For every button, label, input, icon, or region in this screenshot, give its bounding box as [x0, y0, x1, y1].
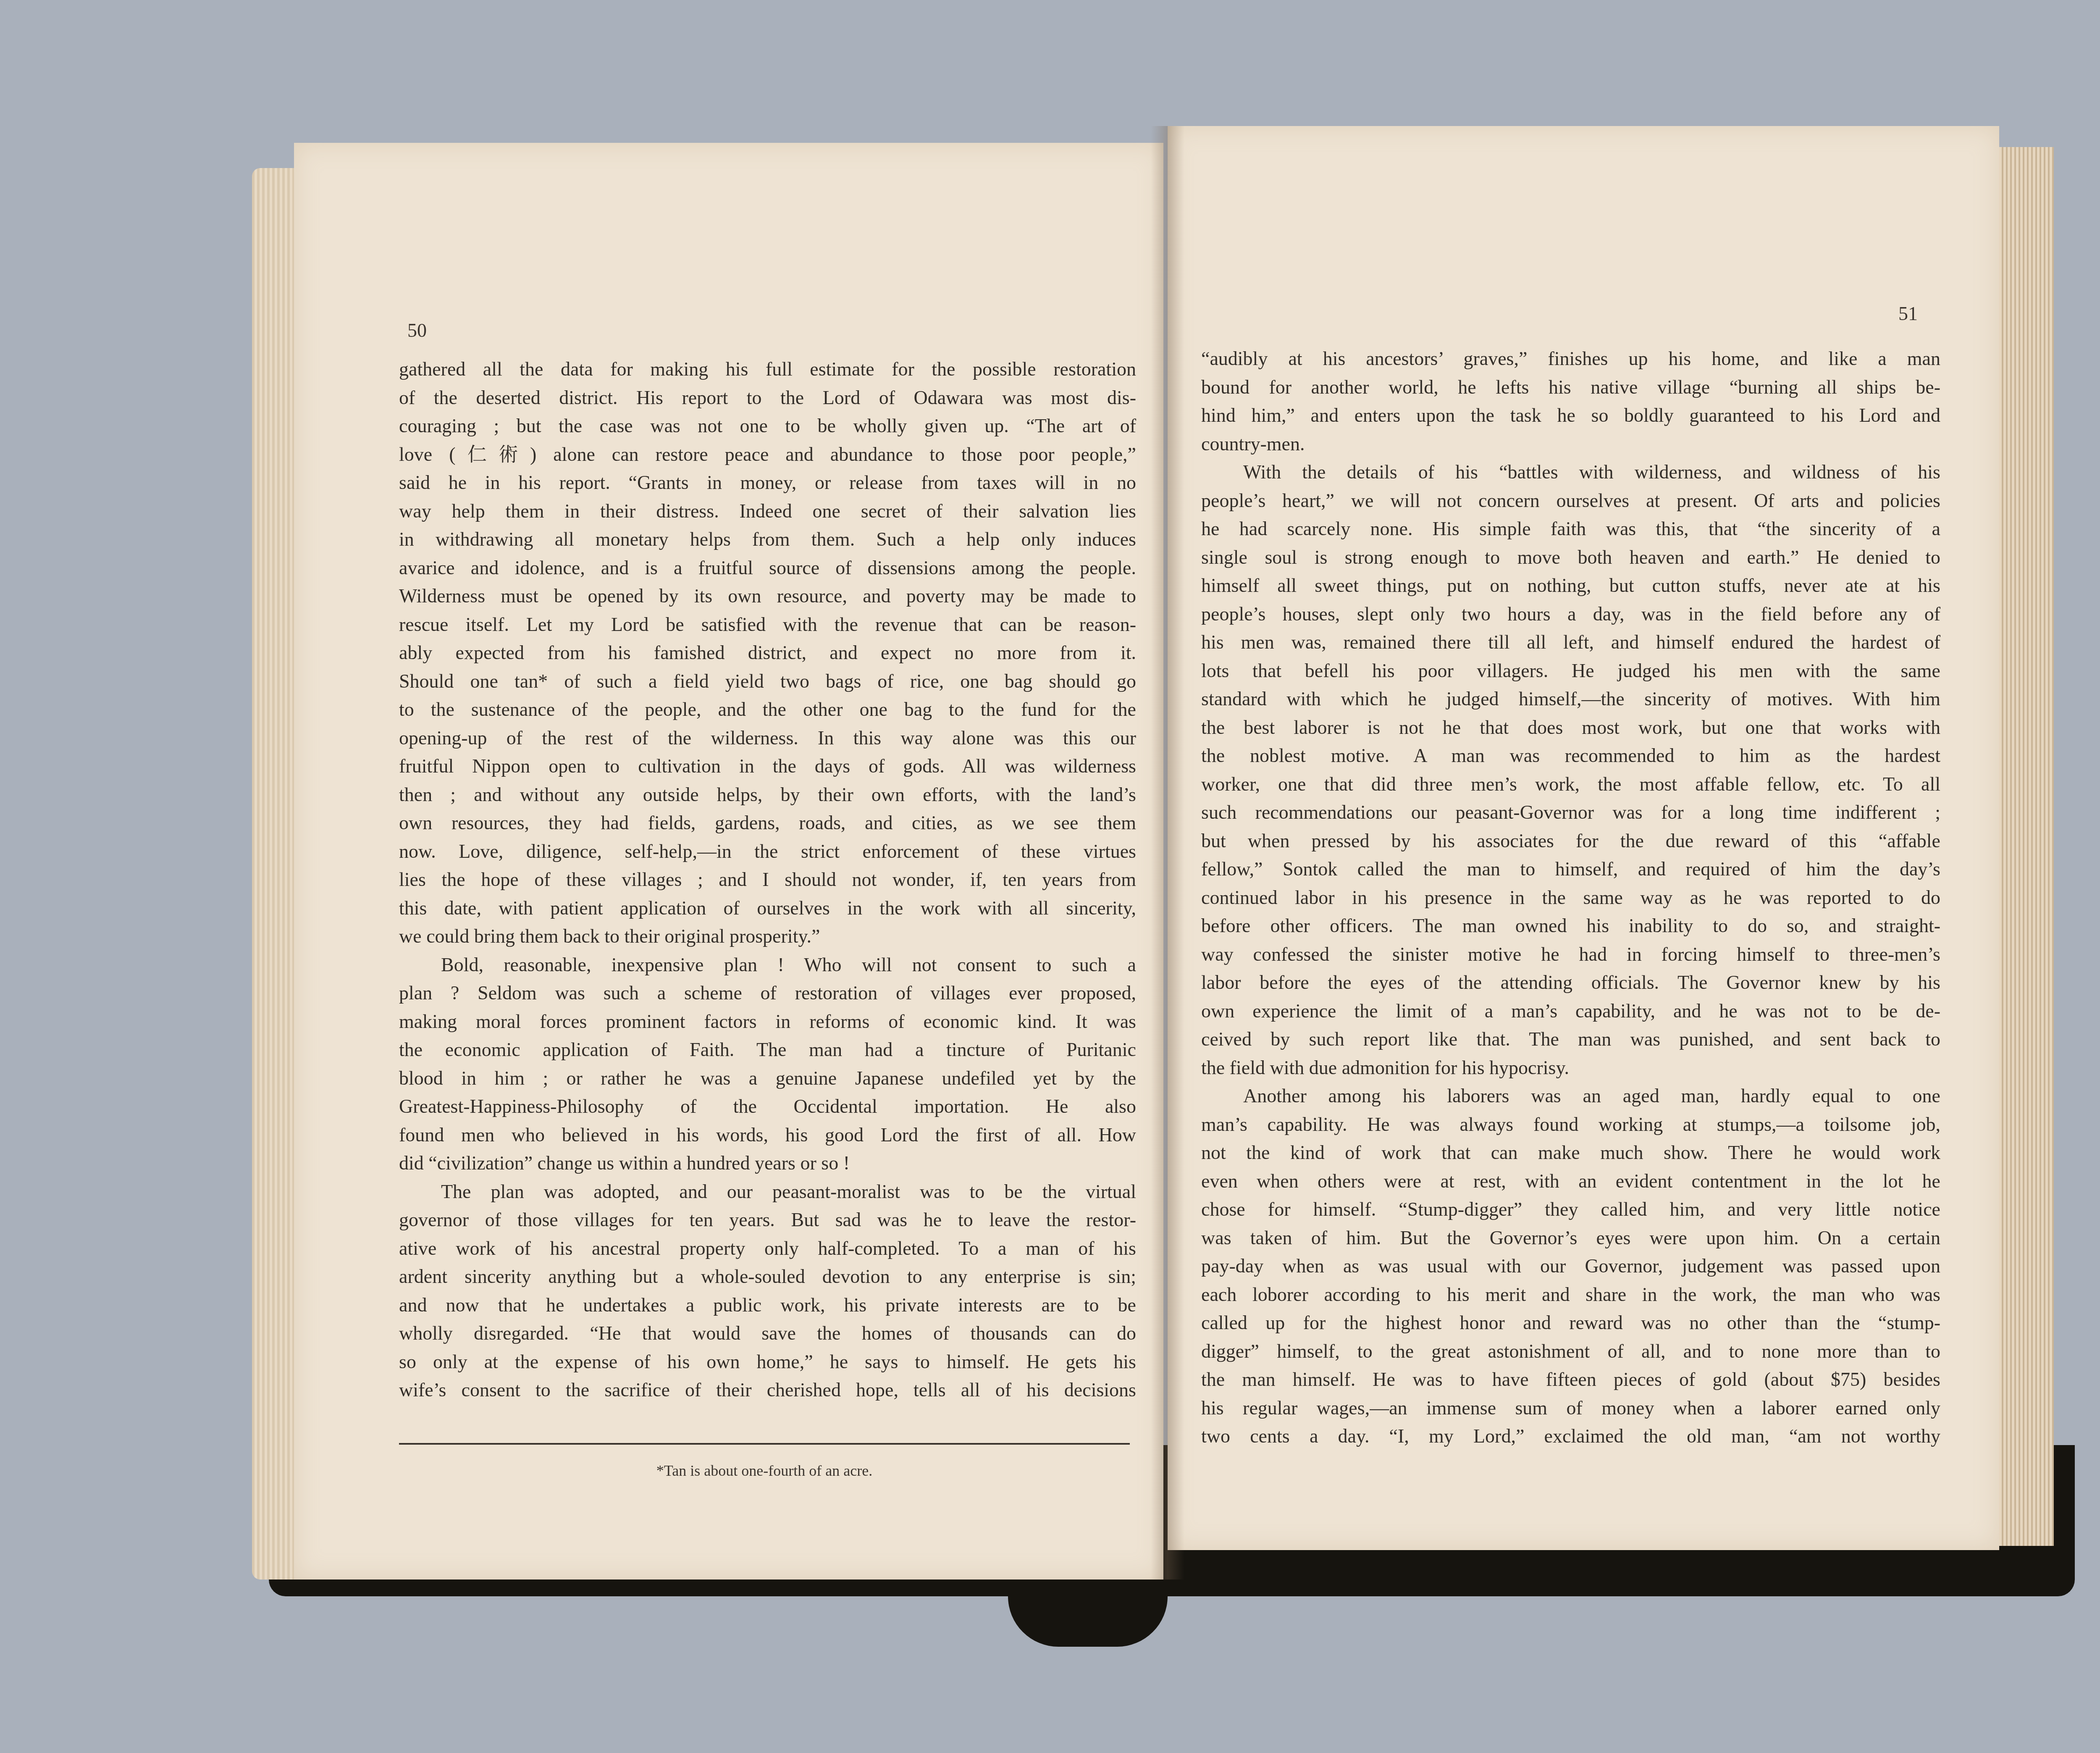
- text-line: own experience the limit of a man’s capa…: [1201, 997, 1940, 1025]
- text-line: in withdrawing all monetary helps from t…: [399, 525, 1136, 554]
- text-line: digger” himself, to the great astonishme…: [1201, 1337, 1940, 1366]
- text-line: couraging ; but the case was not one to …: [399, 412, 1136, 440]
- text-line: Another among his laborers was an aged m…: [1201, 1082, 1940, 1110]
- text-line: called up for the highest honor and rewa…: [1201, 1309, 1940, 1337]
- text-line: wholly disregarded. “He that would save …: [399, 1319, 1136, 1348]
- text-line: making moral forces prominent factors in…: [399, 1007, 1136, 1036]
- left-page-edges: [252, 168, 298, 1580]
- text-line: governor of those villages for ten years…: [399, 1206, 1136, 1234]
- text-line: such recommendations our peasant-Governo…: [1201, 798, 1940, 827]
- text-line: this date, with patient application of o…: [399, 894, 1136, 922]
- text-line: labor before the eyes of the attending o…: [1201, 968, 1940, 997]
- text-line: of the deserted district. His report to …: [399, 384, 1136, 412]
- text-line: Bold, reasonable, inexpensive plan ! Who…: [399, 951, 1136, 979]
- text-line: so only at the expense of his own home,”…: [399, 1348, 1136, 1376]
- text-line: wife’s consent to the sacrifice of their…: [399, 1376, 1136, 1404]
- text-line: hind him,” and enters upon the task he s…: [1201, 401, 1940, 430]
- text-line: man’s capability. He was always found wo…: [1201, 1110, 1940, 1139]
- text-line: The plan was adopted, and our peasant-mo…: [399, 1177, 1136, 1206]
- text-line: Wilderness must be opened by its own res…: [399, 582, 1136, 610]
- text-line: blood in him ; or rather he was a genuin…: [399, 1064, 1136, 1093]
- text-line: the field with due admonition for his hy…: [1201, 1054, 1940, 1082]
- left-page: 50 gathered all the data for making his …: [294, 143, 1163, 1580]
- text-line: the man himself. He was to have fifteen …: [1201, 1365, 1940, 1394]
- text-line: his men was, remained there till all lef…: [1201, 628, 1940, 657]
- text-line: “audibly at his ancestors’ graves,” fini…: [1201, 344, 1940, 373]
- page-number-left: 50: [407, 319, 427, 342]
- footnote: *Tan is about one-fourth of an acre.: [399, 1462, 1130, 1480]
- text-line: two cents a day. “I, my Lord,” exclaimed…: [1201, 1422, 1940, 1451]
- text-line: country-men.: [1201, 430, 1940, 458]
- page-number-right: 51: [1898, 302, 1918, 325]
- text-line: opening-up of the rest of the wilderness…: [399, 724, 1136, 752]
- text-line: found men who believed in his words, his…: [399, 1121, 1136, 1149]
- left-page-body: gathered all the data for making his ful…: [399, 355, 1136, 1404]
- text-line: bound for another world, he lefts his na…: [1201, 373, 1940, 402]
- text-line: the economic application of Faith. The m…: [399, 1036, 1136, 1064]
- text-line: to the sustenance of the people, and the…: [399, 695, 1136, 724]
- right-page-edges: [1999, 147, 2054, 1546]
- text-line: ardent sincerity anything but a whole-so…: [399, 1262, 1136, 1291]
- text-line: we could bring them back to their origin…: [399, 922, 1136, 951]
- text-line: gathered all the data for making his ful…: [399, 355, 1136, 384]
- text-line: even when others were at rest, with an e…: [1201, 1167, 1940, 1196]
- text-line: With the details of his “battles with wi…: [1201, 458, 1940, 486]
- text-line: then ; and without any outside helps, by…: [399, 781, 1136, 809]
- text-line: worker, one that did three men’s work, t…: [1201, 770, 1940, 799]
- right-page-body: “audibly at his ancestors’ graves,” fini…: [1201, 344, 1940, 1451]
- text-line: chose for himself. “Stump-digger” they c…: [1201, 1195, 1940, 1224]
- text-line: standard with which he judged himself,—t…: [1201, 685, 1940, 713]
- text-line: was taken of him. But the Governor’s eye…: [1201, 1224, 1940, 1252]
- text-line: avarice and idolence, and is a fruitful …: [399, 554, 1136, 582]
- text-line: each loborer according to his merit and …: [1201, 1280, 1940, 1309]
- text-line: before other officers. The man owned his…: [1201, 912, 1940, 940]
- footnote-rule: [399, 1443, 1130, 1445]
- text-line: plan ? Seldom was such a scheme of resto…: [399, 979, 1136, 1007]
- text-line: rescue itself. Let my Lord be satisfied …: [399, 610, 1136, 639]
- text-line: people’s heart,” we will not concern our…: [1201, 486, 1940, 515]
- text-line: Greatest-Happiness-Philosophy of the Occ…: [399, 1092, 1136, 1121]
- text-line: ative work of his ancestral property onl…: [399, 1234, 1136, 1263]
- text-line: the noblest motive. A man was recommende…: [1201, 741, 1940, 770]
- text-line: he had scarcely none. His simple faith w…: [1201, 515, 1940, 543]
- book-gutter: [1151, 126, 1184, 1580]
- text-line: own resources, they had fields, gardens,…: [399, 809, 1136, 837]
- right-page: 51 “audibly at his ancestors’ graves,” f…: [1168, 126, 1999, 1550]
- text-line: fruitful Nippon open to cultivation in t…: [399, 752, 1136, 781]
- text-line: fellow,” Sontok called the man to himsel…: [1201, 855, 1940, 883]
- text-line: and now that he undertakes a public work…: [399, 1291, 1136, 1319]
- text-line: ably expected from his famished district…: [399, 639, 1136, 667]
- text-line: not the kind of work that can make much …: [1201, 1138, 1940, 1167]
- text-line: lots that befell his poor villagers. He …: [1201, 657, 1940, 685]
- text-line: now. Love, diligence, self-help,—in the …: [399, 837, 1136, 866]
- text-line: himself all sweet things, put on nothing…: [1201, 571, 1940, 600]
- text-line: way confessed the sinister motive he had…: [1201, 940, 1940, 969]
- text-line: but when pressed by his associates for t…: [1201, 827, 1940, 855]
- text-line: said he in his report. “Grants in money,…: [399, 468, 1136, 497]
- text-line: continued labor in his presence in the s…: [1201, 883, 1940, 912]
- text-line: single soul is strong enough to move bot…: [1201, 543, 1940, 572]
- text-line: lies the hope of these villages ; and I …: [399, 865, 1136, 894]
- text-line: the best laborer is not he that does mos…: [1201, 713, 1940, 742]
- text-line: love (仁術) alone can restore peace and ab…: [399, 440, 1136, 469]
- text-line: did “civilization” change us within a hu…: [399, 1149, 1136, 1177]
- text-line: Should one tan* of such a field yield tw…: [399, 667, 1136, 696]
- text-line: pay-day when as was usual with our Gover…: [1201, 1252, 1940, 1280]
- text-line: ceived by such report like that. The man…: [1201, 1025, 1940, 1054]
- text-line: way help them in their distress. Indeed …: [399, 497, 1136, 526]
- text-line: people’s houses, slept only two hours a …: [1201, 600, 1940, 628]
- text-line: his regular wages,—an immense sum of mon…: [1201, 1394, 1940, 1422]
